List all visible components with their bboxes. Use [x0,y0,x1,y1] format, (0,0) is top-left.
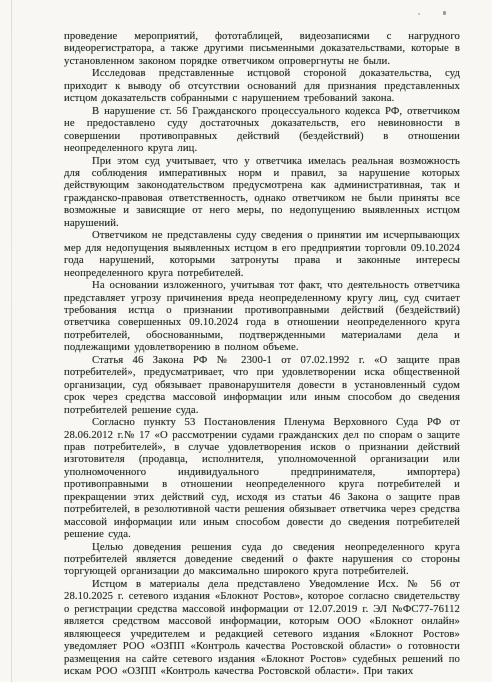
scan-edge-line [11,0,12,682]
document-text: проведение мероприятий, фототаблицей, ви… [64,30,460,678]
paragraph: На основании изложенного, учитывая тот ф… [64,279,460,354]
paragraph: Согласно пункту 53 Постановления Пленума… [64,416,460,541]
scanned-document-page: проведение мероприятий, фототаблицей, ви… [0,0,492,682]
paragraph: Статья 46 Закона РФ № 2300-1 от 07.02.19… [64,354,460,416]
paragraph: Истцом в материалы дела представлено Уве… [64,578,460,678]
paragraph: Исследовав представленные истцовой сторо… [64,67,460,104]
paragraph: Целью доведения решения суда до сведения… [64,541,460,578]
scan-speck [443,11,446,15]
paragraph: При этом суд учитывает, что у ответчика … [64,155,460,230]
paragraph: проведение мероприятий, фототаблицей, ви… [64,30,460,67]
paragraph: Ответчиком не представлены суду сведения… [64,229,460,279]
paragraph: В нарушение ст. 56 Гражданского процессу… [64,105,460,155]
scan-speck [418,13,420,15]
